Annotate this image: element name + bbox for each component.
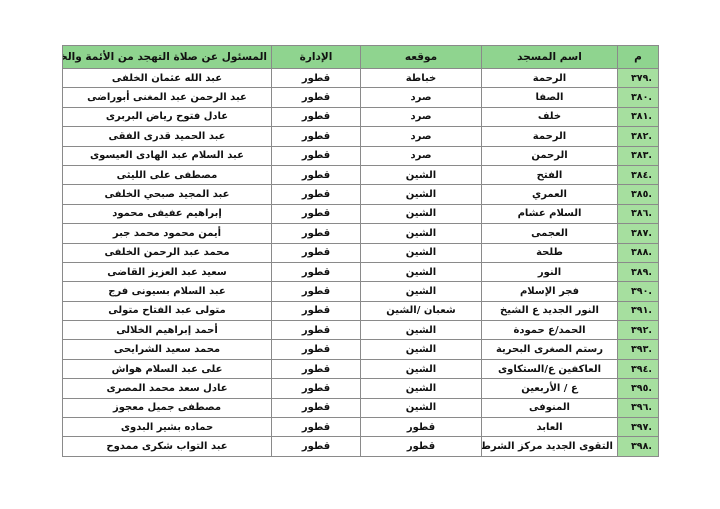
responsible-person-cell: مصطفى جميل معجوز bbox=[63, 398, 272, 417]
header-num: م bbox=[618, 46, 659, 69]
responsible-person-cell: سعيد عبد العزيز القاضى bbox=[63, 262, 272, 281]
mosque-location-cell: الشين bbox=[361, 321, 482, 340]
administration-cell: قطور bbox=[272, 321, 361, 340]
mosque-location-cell: صرد bbox=[361, 127, 482, 146]
responsible-person-cell: متولى عبد الفتاح متولى bbox=[63, 301, 272, 320]
mosque-name-cell: رستم الصغرى البحرية bbox=[482, 340, 618, 359]
mosque-name-cell: التقوى الجديد مركز الشرطة bbox=[482, 437, 618, 456]
mosque-location-cell: صرد bbox=[361, 107, 482, 126]
administration-cell: قطور bbox=[272, 282, 361, 301]
administration-cell: قطور bbox=[272, 185, 361, 204]
mosque-location-cell: الشين bbox=[361, 359, 482, 378]
mosque-name-cell: الفتح bbox=[482, 165, 618, 184]
mosque-name-cell: الرحمن bbox=[482, 146, 618, 165]
row-number-cell: .٣٩١ bbox=[618, 301, 659, 320]
table-row: .٣٨٣الرحمنصردقطورعبد السلام عبد الهادى ا… bbox=[63, 146, 659, 165]
responsible-person-cell: حماده بشير البدوى bbox=[63, 418, 272, 437]
administration-cell: قطور bbox=[272, 301, 361, 320]
mosque-location-cell: قطور bbox=[361, 437, 482, 456]
mosque-location-cell: الشين bbox=[361, 379, 482, 398]
table-row: .٣٨١خلفصردقطورعادل فتوح رياض البربرى bbox=[63, 107, 659, 126]
row-number-cell: .٣٩٣ bbox=[618, 340, 659, 359]
mosque-location-cell: الشين bbox=[361, 398, 482, 417]
mosque-name-cell: الرحمة bbox=[482, 127, 618, 146]
row-number-cell: .٣٨٢ bbox=[618, 127, 659, 146]
mosque-location-cell: صرد bbox=[361, 88, 482, 107]
responsible-person-cell: عبد التواب شكرى ممدوح bbox=[63, 437, 272, 456]
responsible-person-cell: عبد السلام عبد الهادى العيسوى bbox=[63, 146, 272, 165]
mosque-name-cell: النور الجديد ع الشيخ bbox=[482, 301, 618, 320]
responsible-person-cell: عبد السلام بسيونى فرج bbox=[63, 282, 272, 301]
row-number-cell: .٣٩٧ bbox=[618, 418, 659, 437]
mosque-name-cell: طلحة bbox=[482, 243, 618, 262]
mosque-location-cell: الشين bbox=[361, 165, 482, 184]
mosque-name-cell: ع / الأربعين bbox=[482, 379, 618, 398]
mosque-location-cell: صرد bbox=[361, 146, 482, 165]
table-row: .٣٨٧العجمىالشينقطورأيمن محمود محمد جبر bbox=[63, 224, 659, 243]
table-row: .٣٩٤العاكفين ع/الستكاوىالشينقطورعلى عبد … bbox=[63, 359, 659, 378]
administration-cell: قطور bbox=[272, 437, 361, 456]
table-row: .٣٨٤الفتحالشينقطورمصطفى على الليثى bbox=[63, 165, 659, 184]
administration-cell: قطور bbox=[272, 398, 361, 417]
table-header-row: م اسم المسجد موقعه الإدارة المسئول عن صل… bbox=[63, 46, 659, 69]
row-number-cell: .٣٧٩ bbox=[618, 69, 659, 88]
responsible-person-cell: على عبد السلام هواش bbox=[63, 359, 272, 378]
mosque-name-cell: السلام عشام bbox=[482, 204, 618, 223]
responsible-person-cell: عبد المجيد صبحي الخلفى bbox=[63, 185, 272, 204]
row-number-cell: .٣٨٧ bbox=[618, 224, 659, 243]
administration-cell: قطور bbox=[272, 127, 361, 146]
mosque-name-cell: العمري bbox=[482, 185, 618, 204]
administration-cell: قطور bbox=[272, 359, 361, 378]
row-number-cell: .٣٩٥ bbox=[618, 379, 659, 398]
row-number-cell: .٣٨٦ bbox=[618, 204, 659, 223]
mosque-location-cell: الشين bbox=[361, 282, 482, 301]
header-location: موقعه bbox=[361, 46, 482, 69]
responsible-person-cell: عبد الله عثمان الخلفى bbox=[63, 69, 272, 88]
mosque-name-cell: الرحمة bbox=[482, 69, 618, 88]
row-number-cell: .٣٨٨ bbox=[618, 243, 659, 262]
mosque-name-cell: المنوفى bbox=[482, 398, 618, 417]
row-number-cell: .٣٨٠ bbox=[618, 88, 659, 107]
table-row: .٣٨٩النورالشينقطورسعيد عبد العزيز القاضى bbox=[63, 262, 659, 281]
mosque-location-cell: شعبان /الشين bbox=[361, 301, 482, 320]
row-number-cell: .٣٩٨ bbox=[618, 437, 659, 456]
table-row: .٣٧٩الرحمةخباطةقطورعبد الله عثمان الخلفى bbox=[63, 69, 659, 88]
table-row: .٣٩٣رستم الصغرى البحريةالشينقطورمحمد سعي… bbox=[63, 340, 659, 359]
administration-cell: قطور bbox=[272, 146, 361, 165]
administration-cell: قطور bbox=[272, 262, 361, 281]
administration-cell: قطور bbox=[272, 107, 361, 126]
mosque-location-cell: الشين bbox=[361, 224, 482, 243]
row-number-cell: .٣٩٤ bbox=[618, 359, 659, 378]
row-number-cell: .٣٨١ bbox=[618, 107, 659, 126]
administration-cell: قطور bbox=[272, 204, 361, 223]
mosque-name-cell: فجر الإسلام bbox=[482, 282, 618, 301]
mosque-location-cell: الشين bbox=[361, 340, 482, 359]
mosque-name-cell: الصفا bbox=[482, 88, 618, 107]
mosque-name-cell: الحمد/ع حمودة bbox=[482, 321, 618, 340]
responsible-person-cell: عبد الحميد قدرى الفقى bbox=[63, 127, 272, 146]
responsible-person-cell: عادل فتوح رياض البربرى bbox=[63, 107, 272, 126]
administration-cell: قطور bbox=[272, 340, 361, 359]
header-mosque-name: اسم المسجد bbox=[482, 46, 618, 69]
mosque-location-cell: الشين bbox=[361, 243, 482, 262]
responsible-person-cell: عبد الرحمن عبد المغنى أبوراضى bbox=[63, 88, 272, 107]
mosque-name-cell: العجمى bbox=[482, 224, 618, 243]
row-number-cell: .٣٩٦ bbox=[618, 398, 659, 417]
administration-cell: قطور bbox=[272, 418, 361, 437]
table-row: .٣٩٧العابدقطورقطورحماده بشير البدوى bbox=[63, 418, 659, 437]
table-row: .٣٩٥ع / الأربعينالشينقطورعادل سعد محمد ا… bbox=[63, 379, 659, 398]
mosque-location-cell: الشين bbox=[361, 185, 482, 204]
table-row: .٣٨٥العمريالشينقطورعبد المجيد صبحي الخلف… bbox=[63, 185, 659, 204]
administration-cell: قطور bbox=[272, 69, 361, 88]
administration-cell: قطور bbox=[272, 379, 361, 398]
mosque-name-cell: العابد bbox=[482, 418, 618, 437]
responsible-person-cell: إبراهيم عفيفى محمود bbox=[63, 204, 272, 223]
header-responsible: المسئول عن صلاة التهجد من الأئمة والخطبا… bbox=[63, 46, 272, 69]
responsible-person-cell: محمد سعيد الشرايحى bbox=[63, 340, 272, 359]
mosque-location-cell: الشين bbox=[361, 262, 482, 281]
administration-cell: قطور bbox=[272, 224, 361, 243]
row-number-cell: .٣٩٠ bbox=[618, 282, 659, 301]
table-row: .٣٨٨طلحةالشينقطورمحمد عبد الرحمن الخلفى bbox=[63, 243, 659, 262]
row-number-cell: .٣٩٢ bbox=[618, 321, 659, 340]
responsible-person-cell: عادل سعد محمد المصرى bbox=[63, 379, 272, 398]
table-row: .٣٨٢الرحمةصردقطورعبد الحميد قدرى الفقى bbox=[63, 127, 659, 146]
table-row: .٣٩٢الحمد/ع حمودةالشينقطورأحمد إبراهيم ا… bbox=[63, 321, 659, 340]
mosque-name-cell: النور bbox=[482, 262, 618, 281]
administration-cell: قطور bbox=[272, 88, 361, 107]
mosque-name-cell: خلف bbox=[482, 107, 618, 126]
row-number-cell: .٣٨٣ bbox=[618, 146, 659, 165]
mosque-location-cell: قطور bbox=[361, 418, 482, 437]
responsible-person-cell: أحمد إبراهيم الخلالى bbox=[63, 321, 272, 340]
responsible-person-cell: أيمن محمود محمد جبر bbox=[63, 224, 272, 243]
mosque-location-cell: الشين bbox=[361, 204, 482, 223]
table-row: .٣٩١النور الجديد ع الشيخشعبان /الشينقطور… bbox=[63, 301, 659, 320]
table-row: .٣٩٠فجر الإسلامالشينقطورعبد السلام بسيون… bbox=[63, 282, 659, 301]
administration-cell: قطور bbox=[272, 165, 361, 184]
row-number-cell: .٣٨٩ bbox=[618, 262, 659, 281]
table-row: .٣٩٨التقوى الجديد مركز الشرطةقطورقطورعبد… bbox=[63, 437, 659, 456]
mosque-name-cell: العاكفين ع/الستكاوى bbox=[482, 359, 618, 378]
responsible-person-cell: محمد عبد الرحمن الخلفى bbox=[63, 243, 272, 262]
mosque-location-cell: خباطة bbox=[361, 69, 482, 88]
document-page: م اسم المسجد موقعه الإدارة المسئول عن صل… bbox=[0, 0, 720, 509]
table-row: .٣٨٦السلام عشامالشينقطورإبراهيم عفيفى مح… bbox=[63, 204, 659, 223]
table-row: .٣٨٠الصفاصردقطورعبد الرحمن عبد المغنى أب… bbox=[63, 88, 659, 107]
administration-cell: قطور bbox=[272, 243, 361, 262]
row-number-cell: .٣٨٥ bbox=[618, 185, 659, 204]
header-administration: الإدارة bbox=[272, 46, 361, 69]
mosque-table: م اسم المسجد موقعه الإدارة المسئول عن صل… bbox=[62, 45, 659, 457]
table-row: .٣٩٦المنوفىالشينقطورمصطفى جميل معجوز bbox=[63, 398, 659, 417]
row-number-cell: .٣٨٤ bbox=[618, 165, 659, 184]
responsible-person-cell: مصطفى على الليثى bbox=[63, 165, 272, 184]
